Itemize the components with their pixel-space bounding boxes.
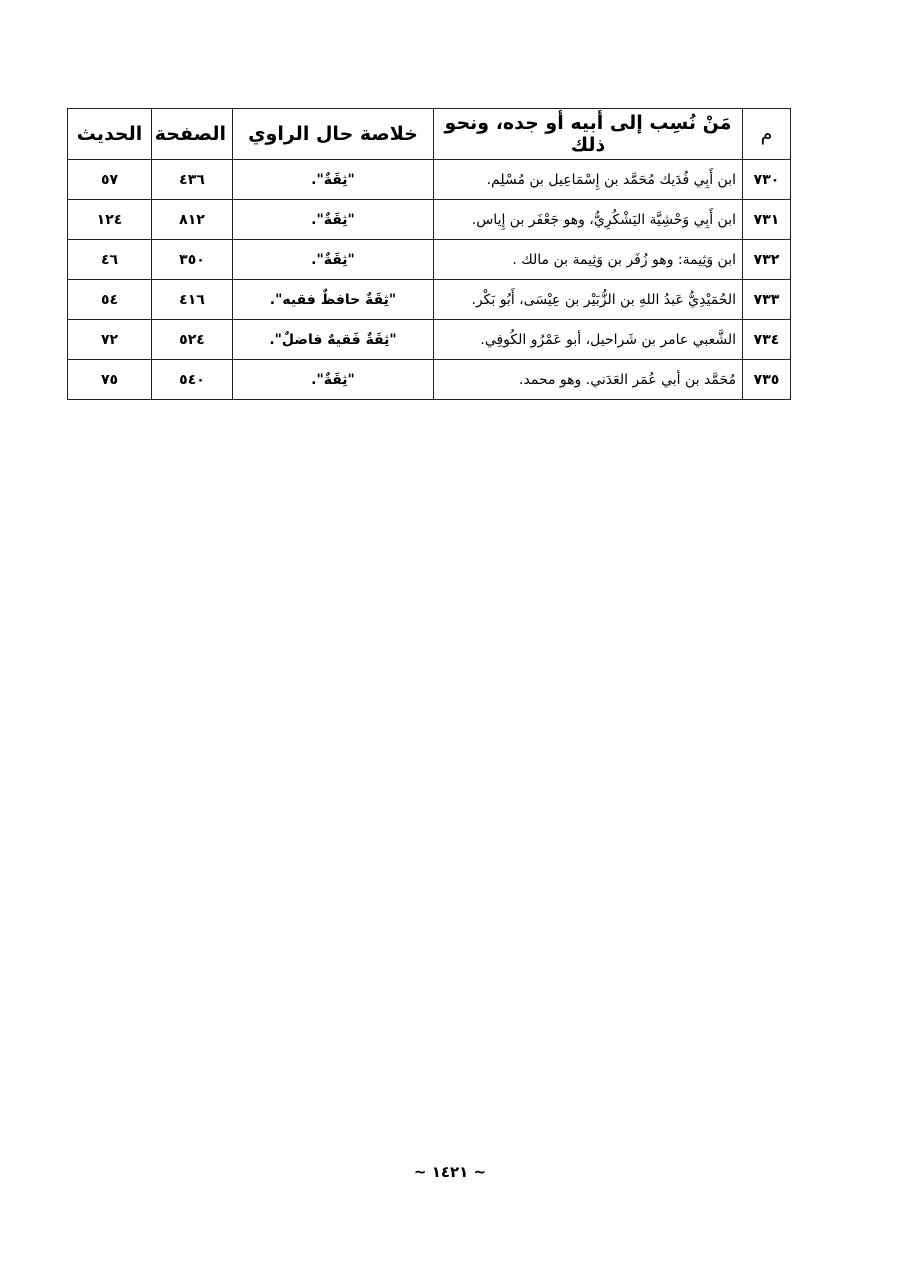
cell-hadith: ١٢٤ bbox=[68, 200, 152, 240]
table-row: ٧٣٥ مُحَمَّد بن أبي عُمَر العَدَني. وهو … bbox=[68, 360, 791, 400]
cell-narrator-status: "ثِقَةٌ". bbox=[233, 200, 434, 240]
cell-narrator-status: "ثِقَةٌ فَقيهٌ فاضلٌ". bbox=[233, 320, 434, 360]
cell-narrator-name: ابن أَبِي وَحْشِيَّة اليَشْكُرِيُّ، وهو … bbox=[434, 200, 743, 240]
table-row: ٧٣٣ الحُمَيْدِيُّ عَبدُ اللهِ بن الزُّبَ… bbox=[68, 280, 791, 320]
header-page: الصفحة bbox=[152, 109, 233, 160]
table-row: ٧٣١ ابن أَبِي وَحْشِيَّة اليَشْكُرِيُّ، … bbox=[68, 200, 791, 240]
cell-page: ٤٣٦ bbox=[152, 160, 233, 200]
narrators-table: م مَنْ نُسِب إلى أبيه أو جده، ونحو ذلك خ… bbox=[67, 108, 791, 400]
cell-number: ٧٣٠ bbox=[743, 160, 791, 200]
cell-hadith: ٧٢ bbox=[68, 320, 152, 360]
cell-number: ٧٣٢ bbox=[743, 240, 791, 280]
narrators-table-container: م مَنْ نُسِب إلى أبيه أو جده، ونحو ذلك خ… bbox=[67, 108, 790, 400]
cell-page: ٥٤٠ bbox=[152, 360, 233, 400]
header-narrator-name: مَنْ نُسِب إلى أبيه أو جده، ونحو ذلك bbox=[434, 109, 743, 160]
cell-hadith: ٧٥ bbox=[68, 360, 152, 400]
table-header-row: م مَنْ نُسِب إلى أبيه أو جده، ونحو ذلك خ… bbox=[68, 109, 791, 160]
cell-narrator-status: "ثِقَةٌ حافظٌ فقيه". bbox=[233, 280, 434, 320]
table-row: ٧٣٢ ابن وَثِيمة: وهو زُفَر بن وَثِيمة بن… bbox=[68, 240, 791, 280]
cell-narrator-name: الشَّعبي عامر بن شَراحيل، أبو عَمْرُو ال… bbox=[434, 320, 743, 360]
cell-page: ٥٢٤ bbox=[152, 320, 233, 360]
table-row: ٧٣٠ ابن أَبِي فُدَيك مُحَمَّد بن إِسْمَا… bbox=[68, 160, 791, 200]
page-number: ~ ١٤٢١ ~ bbox=[0, 1163, 900, 1181]
cell-page: ٨١٢ bbox=[152, 200, 233, 240]
cell-number: ٧٣١ bbox=[743, 200, 791, 240]
header-narrator-status: خلاصة حال الراوي bbox=[233, 109, 434, 160]
cell-narrator-status: "ثِقَةٌ". bbox=[233, 360, 434, 400]
cell-hadith: ٤٦ bbox=[68, 240, 152, 280]
cell-narrator-name: الحُمَيْدِيُّ عَبدُ اللهِ بن الزُّبَيْر … bbox=[434, 280, 743, 320]
cell-number: ٧٣٣ bbox=[743, 280, 791, 320]
cell-narrator-name: ابن وَثِيمة: وهو زُفَر بن وَثِيمة بن مال… bbox=[434, 240, 743, 280]
cell-number: ٧٣٤ bbox=[743, 320, 791, 360]
cell-hadith: ٥٧ bbox=[68, 160, 152, 200]
cell-narrator-status: "ثِقَةٌ". bbox=[233, 160, 434, 200]
cell-narrator-name: ابن أَبِي فُدَيك مُحَمَّد بن إِسْمَاعِيل… bbox=[434, 160, 743, 200]
cell-hadith: ٥٤ bbox=[68, 280, 152, 320]
header-number: م bbox=[743, 109, 791, 160]
cell-page: ٣٥٠ bbox=[152, 240, 233, 280]
header-hadith: الحديث bbox=[68, 109, 152, 160]
cell-narrator-name: مُحَمَّد بن أبي عُمَر العَدَني. وهو محمد… bbox=[434, 360, 743, 400]
cell-number: ٧٣٥ bbox=[743, 360, 791, 400]
table-row: ٧٣٤ الشَّعبي عامر بن شَراحيل، أبو عَمْرُ… bbox=[68, 320, 791, 360]
cell-narrator-status: "ثِقَةٌ". bbox=[233, 240, 434, 280]
cell-page: ٤١٦ bbox=[152, 280, 233, 320]
